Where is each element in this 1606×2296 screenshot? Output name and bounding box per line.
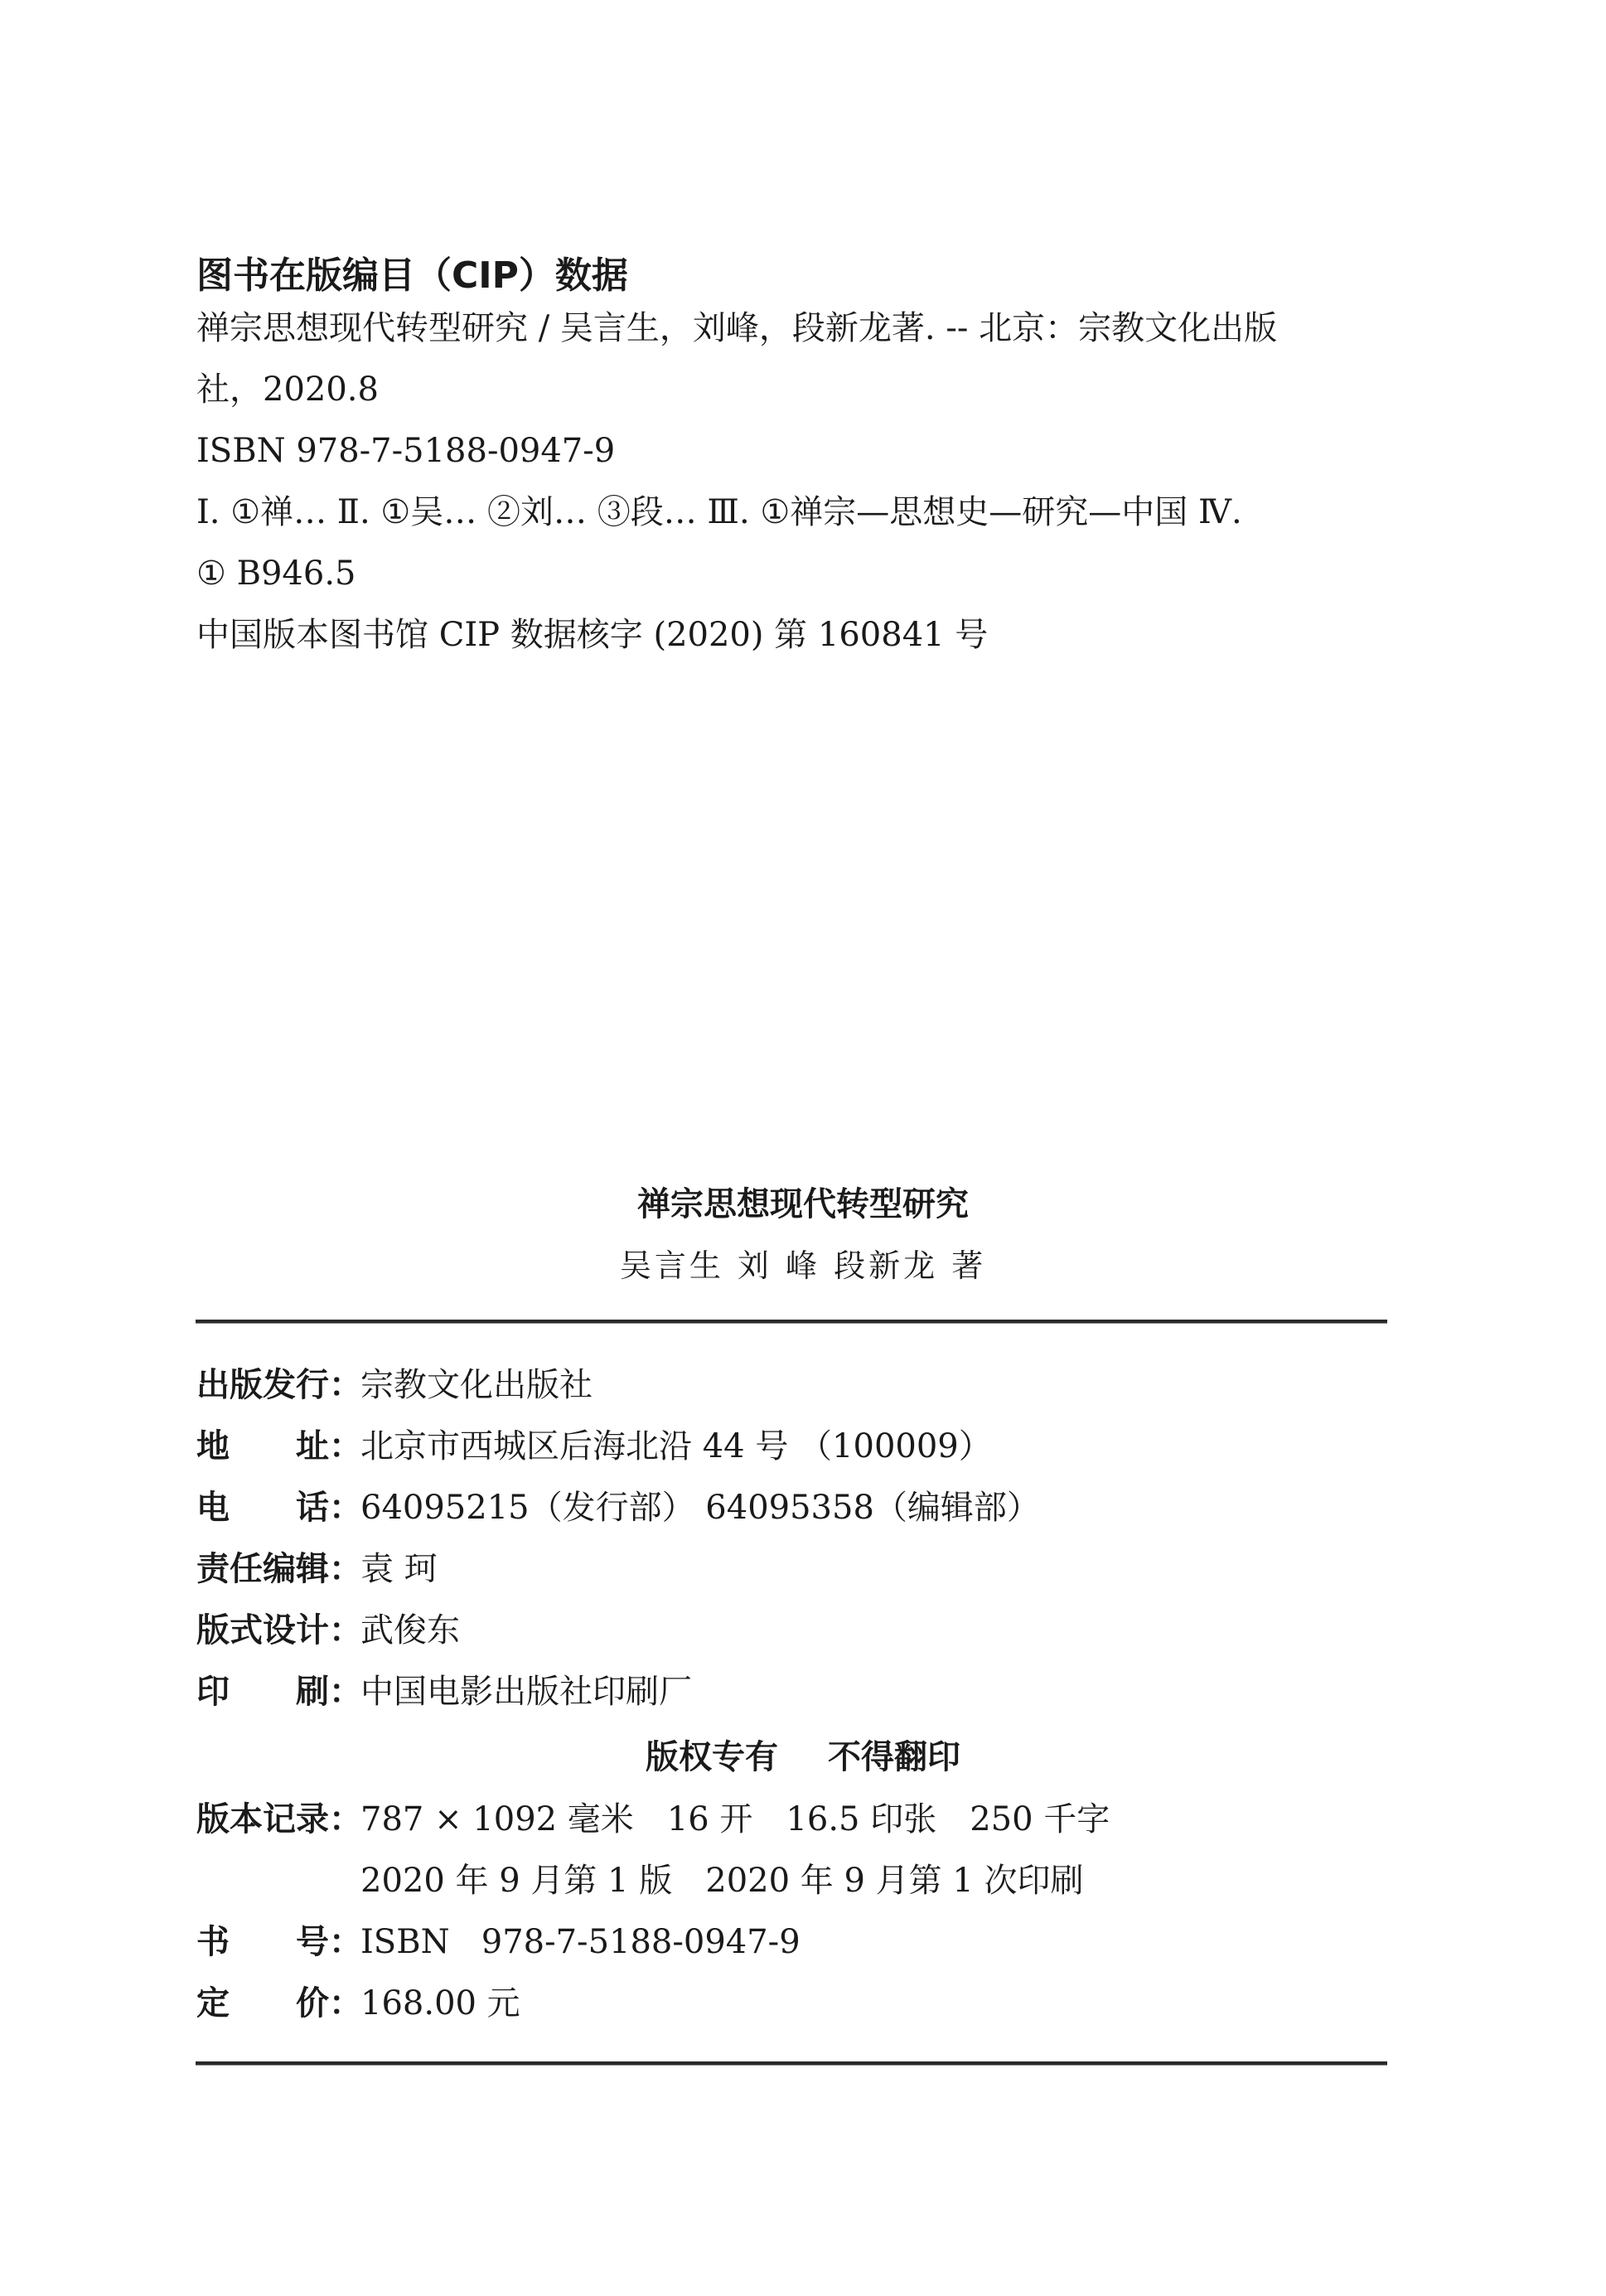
cip-heading: 图书在版编目（CIP）数据 (196, 251, 628, 301)
cip-subject-line: Ⅰ. ①禅… Ⅱ. ①吴… ②刘… ③段… Ⅲ. ①禅宗—思想史—研究—中国 Ⅳ… (196, 489, 1242, 535)
colon: ： (329, 1546, 360, 1592)
editor-value: 袁 珂 (360, 1546, 438, 1592)
colon: ： (329, 1607, 360, 1654)
designer-row: 版式设计 ： 武俊东 (196, 1607, 460, 1654)
price-value: 168.00 元 (360, 1980, 520, 2027)
edition-row: 版本记录 ： 787 × 1092 毫米16 开16.5 印张250 千字 (196, 1796, 1110, 1843)
colon: ： (329, 1980, 360, 2027)
edition-dates-row: 2020 年 9 月第 1 版2020 年 9 月第 1 次印刷 (360, 1858, 1084, 1904)
cip-publisher-line: 社，2020.8 (196, 366, 379, 413)
bottom-divider (196, 2061, 1387, 2066)
isbn-label: 书号 (196, 1919, 329, 1965)
book-authors: 吴言生 刘 峰 段新龙 著 (0, 1243, 1606, 1288)
cip-classification-line: ① B946.5 (196, 550, 356, 597)
phone-row: 电话 ： 64095215（发行部） 64095358（编辑部） (196, 1485, 1040, 1531)
book-title: 禅宗思想现代转型研究 (0, 1181, 1606, 1228)
colon: ： (329, 1423, 360, 1470)
cip-record-number-line: 中国版本图书馆 CIP 数据核字 (2020) 第 160841 号 (196, 612, 988, 658)
address-row: 地址 ： 北京市西城区后海北沿 44 号 （100009） (196, 1423, 992, 1470)
isbn-row: 书号 ： ISBN 978-7-5188-0947-9 (196, 1919, 801, 1965)
address-value: 北京市西城区后海北沿 44 号 （100009） (360, 1423, 992, 1470)
edition-label: 版本记录 (196, 1796, 329, 1843)
address-label: 地址 (196, 1423, 329, 1470)
edition-dates: 2020 年 9 月第 1 版2020 年 9 月第 1 次印刷 (360, 1858, 1084, 1904)
top-divider (196, 1320, 1387, 1324)
colon: ： (329, 1796, 360, 1843)
phone-label: 电话 (196, 1485, 329, 1531)
printer-value: 中国电影出版社印刷厂 (360, 1669, 692, 1715)
designer-value: 武俊东 (360, 1607, 460, 1654)
designer-label: 版式设计 (196, 1607, 329, 1654)
publisher-label: 出版发行 (196, 1362, 329, 1408)
editor-row: 责任编辑 ： 袁 珂 (196, 1546, 438, 1592)
colon: ： (329, 1919, 360, 1965)
printer-row: 印刷 ： 中国电影出版社印刷厂 (196, 1669, 692, 1715)
publisher-value: 宗教文化出版社 (360, 1362, 593, 1408)
editor-label: 责任编辑 (196, 1546, 329, 1592)
colon: ： (329, 1485, 360, 1531)
isbn-value: ISBN 978-7-5188-0947-9 (360, 1919, 801, 1965)
printer-label: 印刷 (196, 1669, 329, 1715)
cip-title-line: 禅宗思想现代转型研究 / 吴言生，刘峰，段新龙著. -- 北京：宗教文化出版 (196, 305, 1277, 351)
colon: ： (329, 1669, 360, 1715)
price-label: 定价 (196, 1980, 329, 2027)
phone-value: 64095215（发行部） 64095358（编辑部） (360, 1485, 1040, 1531)
edition-specs: 787 × 1092 毫米16 开16.5 印张250 千字 (360, 1796, 1110, 1843)
price-row: 定价 ： 168.00 元 (196, 1980, 520, 2027)
publisher-row: 出版发行 ： 宗教文化出版社 (196, 1362, 593, 1408)
cip-isbn-line: ISBN 978-7-5188-0947-9 (196, 428, 615, 474)
colon: ： (329, 1362, 360, 1408)
copyright-notice: 版权专有不得翻印 (0, 1734, 1606, 1780)
